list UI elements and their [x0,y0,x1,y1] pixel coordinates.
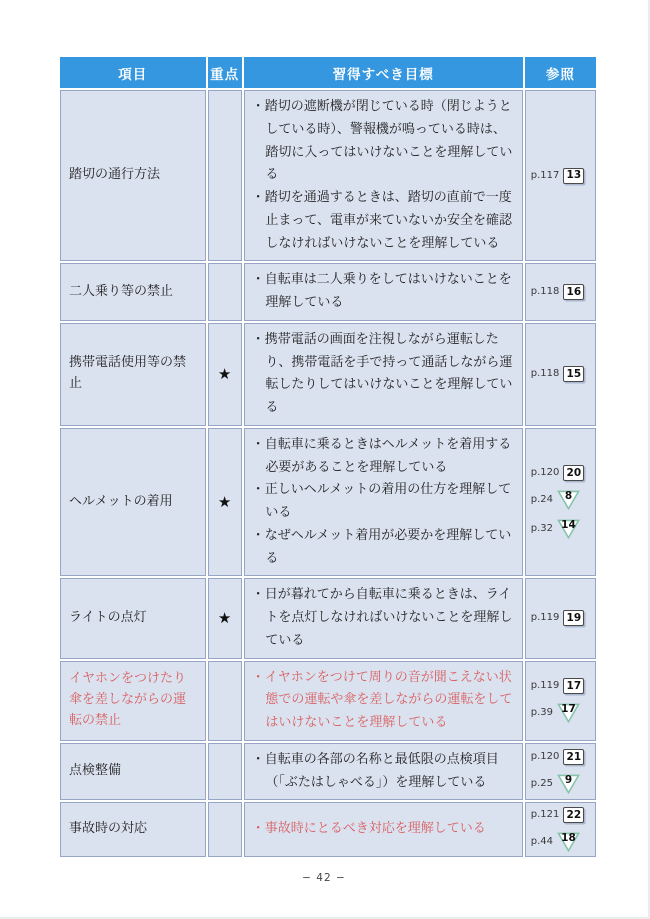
item-label: 点検整備 [60,743,206,801]
column-header-emphasis: 重点 [208,57,242,88]
item-label: ライトの点灯 [60,578,206,658]
goal-text: ・自転車の各部の名称と最低限の点検項目（「ぶたはしゃべる」）を理解している [252,749,516,795]
emphasis-star [208,743,242,801]
goal-text: ・携帯電話の画面を注視しながら運転したり、携帯電話を手で持って通話しながら運転し… [252,329,516,420]
reference-page: p.24 [531,495,553,505]
emphasis-star: ★ [208,428,242,577]
bullet-icon: ・ [252,99,265,114]
reference-page: p.118 [531,369,560,379]
bullet-icon: ・ [252,190,265,205]
table-row: 二人乗り等の禁止 ・自転車は二人乗りをしてはいけないことを理解している p.11… [60,263,596,321]
table-row: 点検整備 ・自転車の各部の名称と最低限の点検項目（「ぶたはしゃべる」）を理解して… [60,743,596,801]
emphasis-star [208,802,242,857]
ref-badge-square: 15 [563,366,584,382]
reference-page: p.44 [531,837,553,847]
reference-page: p.25 [531,779,553,789]
ref-badge-square: 20 [563,465,584,481]
ref-badge-square: 22 [563,807,584,823]
goal-text: ・自転車に乗るときはヘルメットを着用する必要があることを理解している [252,434,516,480]
table-row: ヘルメットの着用 ★ ・自転車に乗るときはヘルメットを着用する必要があることを理… [60,428,596,577]
item-label: ヘルメットの着用 [60,428,206,577]
goal-text: ・なぜヘルメット着用が必要かを理解している [252,525,516,571]
reference: p.118 15 [531,366,593,382]
table-header-row: 項目 重点 習得すべき目標 参照 [60,57,596,88]
bullet-icon: ・ [252,528,265,543]
goal-text: ・事故時にとるべき対応を理解している [252,818,516,841]
ref-badge-square: 19 [563,610,584,626]
emphasis-star [208,263,242,321]
goal-text: ・正しいヘルメットの着用の仕方を理解している [252,479,516,525]
reference: p.25 9 [531,774,593,794]
reference: p.117 13 [531,168,593,184]
item-label: 二人乗り等の禁止 [60,263,206,321]
ref-badge-square: 16 [563,284,584,300]
bullet-icon: ・ [252,332,265,347]
table-row: 携帯電話使用等の禁止 ★ ・携帯電話の画面を注視しながら運転したり、携帯電話を手… [60,323,596,426]
table-row: イヤホンをつけたり傘を差しながらの運転の禁止 ・イヤホンをつけて周りの音が聞こえ… [60,661,596,741]
ref-badge-square: 13 [563,168,584,184]
table-row: ライトの点灯 ★ ・日が暮れてから自転車に乗るときは、ライトを点灯しなければいけ… [60,578,596,658]
reference-page: p.32 [531,524,553,534]
item-label: 踏切の通行方法 [60,90,206,261]
bullet-icon: ・ [252,670,265,685]
reference-page: p.117 [531,171,560,181]
ref-badge-triangle: 18 [557,832,580,852]
emphasis-star: ★ [208,578,242,658]
ref-badge-triangle: 9 [557,774,580,794]
bullet-icon: ・ [252,482,265,497]
table-row: 事故時の対応 ・事故時にとるべき対応を理解している p.121 22 p.44 [60,802,596,857]
ref-badge-triangle: 8 [557,490,580,510]
reference: p.119 17 [531,678,593,694]
bullet-icon: ・ [252,752,265,767]
emphasis-star [208,90,242,261]
reference: p.32 14 [531,519,593,539]
bullet-icon: ・ [252,821,265,836]
reference: p.24 8 [531,490,593,510]
reference: p.44 18 [531,832,593,852]
ref-badge-triangle: 14 [557,519,580,539]
reference-page: p.39 [531,708,553,718]
ref-badge-triangle: 17 [557,703,580,723]
ref-badge-square: 17 [563,678,584,694]
item-label: イヤホンをつけたり傘を差しながらの運転の禁止 [60,661,206,741]
reference-page: p.118 [531,287,560,297]
item-label: 携帯電話使用等の禁止 [60,323,206,426]
page-number: − 42 − [0,872,648,884]
column-header-goal: 習得すべき目標 [244,57,523,88]
reference: p.39 17 [531,703,593,723]
reference: p.120 21 [531,749,593,765]
goal-text: ・自転車は二人乗りをしてはいけないことを理解している [252,269,516,315]
column-header-item: 項目 [60,57,206,88]
reference-page: p.121 [531,810,560,820]
reference-page: p.119 [531,613,560,623]
emphasis-star: ★ [208,323,242,426]
emphasis-star [208,661,242,741]
goal-text: ・日が暮れてから自転車に乗るときは、ライトを点灯しなければいけないことを理解して… [252,584,516,652]
reference: p.119 19 [531,610,593,626]
column-header-reference: 参照 [525,57,596,88]
reference-page: p.119 [531,681,560,691]
goal-text: ・踏切の遮断機が閉じている時（閉じようとしている時）、警報機が鳴っている時は、踏… [252,96,516,187]
reference: p.120 20 [531,465,593,481]
goal-text: ・踏切を通過するときは、踏切の直前で一度止まって、電車が来ていないか安全を確認し… [252,187,516,255]
bullet-icon: ・ [252,587,265,602]
reference-page: p.120 [531,752,560,762]
reference: p.121 22 [531,807,593,823]
bullet-icon: ・ [252,437,265,452]
bullet-icon: ・ [252,272,265,287]
item-label: 事故時の対応 [60,802,206,857]
table-row: 踏切の通行方法 ・踏切の遮断機が閉じている時（閉じようとしている時）、警報機が鳴… [60,90,596,261]
goal-text: ・イヤホンをつけて周りの音が聞こえない状態での運転や傘を差しながらの運転をしては… [252,667,516,735]
ref-badge-square: 21 [563,749,584,765]
reference-page: p.120 [531,468,560,478]
learning-goals-table: 項目 重点 習得すべき目標 参照 踏切の通行方法 ・踏切の遮断機が閉じている時（… [58,55,598,859]
document-page: 項目 重点 習得すべき目標 参照 踏切の通行方法 ・踏切の遮断機が閉じている時（… [0,0,650,919]
reference: p.118 16 [531,284,593,300]
